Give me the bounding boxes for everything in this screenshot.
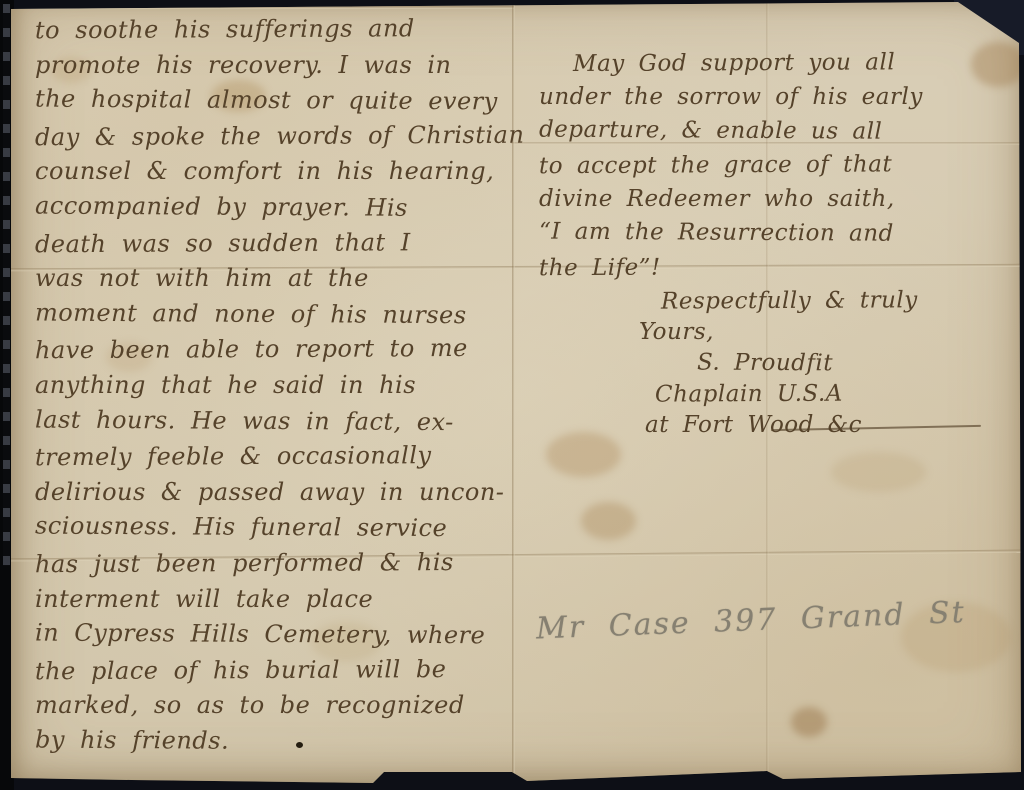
closing-line: Yours,: [539, 317, 1009, 348]
signature-title: Chaplain U.S.A: [539, 378, 1009, 411]
handwriting-line: accompanied by prayer. His: [35, 189, 513, 228]
handwriting-line: counsel & comfort in his hearing,: [35, 154, 513, 190]
handwriting-line: sciousness. His funeral service: [35, 509, 513, 548]
letter-sheet: to soothe his sufferings and promote his…: [11, 2, 1021, 786]
handwriting-line: departure, & enable us all: [539, 113, 1009, 150]
handwriting-line: tremely feeble & occasionally: [35, 438, 513, 476]
closing-line: Respectfully & truly: [539, 285, 1009, 318]
handwriting-line: the place of his burial will be: [35, 651, 513, 689]
handwriting-line: delirious & passed away in uncon-: [35, 475, 513, 511]
handwriting-line: the Life”!: [539, 249, 1009, 285]
handwriting-line: divine Redeemer who saith,: [539, 182, 1009, 216]
handwriting-line: in Cypress Hills Cemetery, where: [35, 616, 513, 655]
handwriting-line: May God support you all: [539, 45, 1009, 81]
handwriting-line: have been able to report to me: [35, 331, 513, 369]
handwriting-line: death was so sudden that I: [35, 224, 513, 262]
handwriting-line: marked, so as to be recognized: [35, 688, 513, 724]
handwriting-line: has just been performed & his: [35, 545, 513, 583]
paper-stain: [791, 707, 827, 737]
signature-block: Respectfully & truly Yours, S. Proudfit …: [539, 286, 1009, 441]
handwriting-line: moment and none of his nurses: [35, 295, 513, 334]
handwriting-line: day & spoke the words of Christian: [35, 118, 513, 156]
paper-stain: [831, 452, 926, 492]
paper-stain: [581, 502, 636, 540]
handwriting-line: by his friends.: [35, 722, 513, 761]
right-page-text: May God support you all under the sorrow…: [539, 46, 1009, 284]
handwriting-line: under the sorrow of his early: [539, 80, 1009, 114]
signature: S. Proudfit: [539, 347, 1009, 381]
handwriting-line: “I am the Resurrection and: [539, 215, 1009, 252]
left-page-text: to soothe his sufferings and promote his…: [35, 12, 513, 759]
handwriting-line: to soothe his sufferings and: [35, 11, 513, 49]
fold-crease: [11, 6, 514, 9]
handwriting-line: promote his recovery. I was in: [35, 48, 513, 84]
handwriting-line: was not with him at the: [35, 261, 513, 297]
handwriting-line: anything that he said in his: [35, 368, 513, 404]
handwriting-line: the hospital almost or quite every: [35, 82, 513, 121]
handwriting-line: last hours. He was in fact, ex-: [35, 402, 513, 441]
handwriting-line: to accept the grace of that: [539, 147, 1009, 183]
handwriting-line: interment will take place: [35, 582, 513, 618]
